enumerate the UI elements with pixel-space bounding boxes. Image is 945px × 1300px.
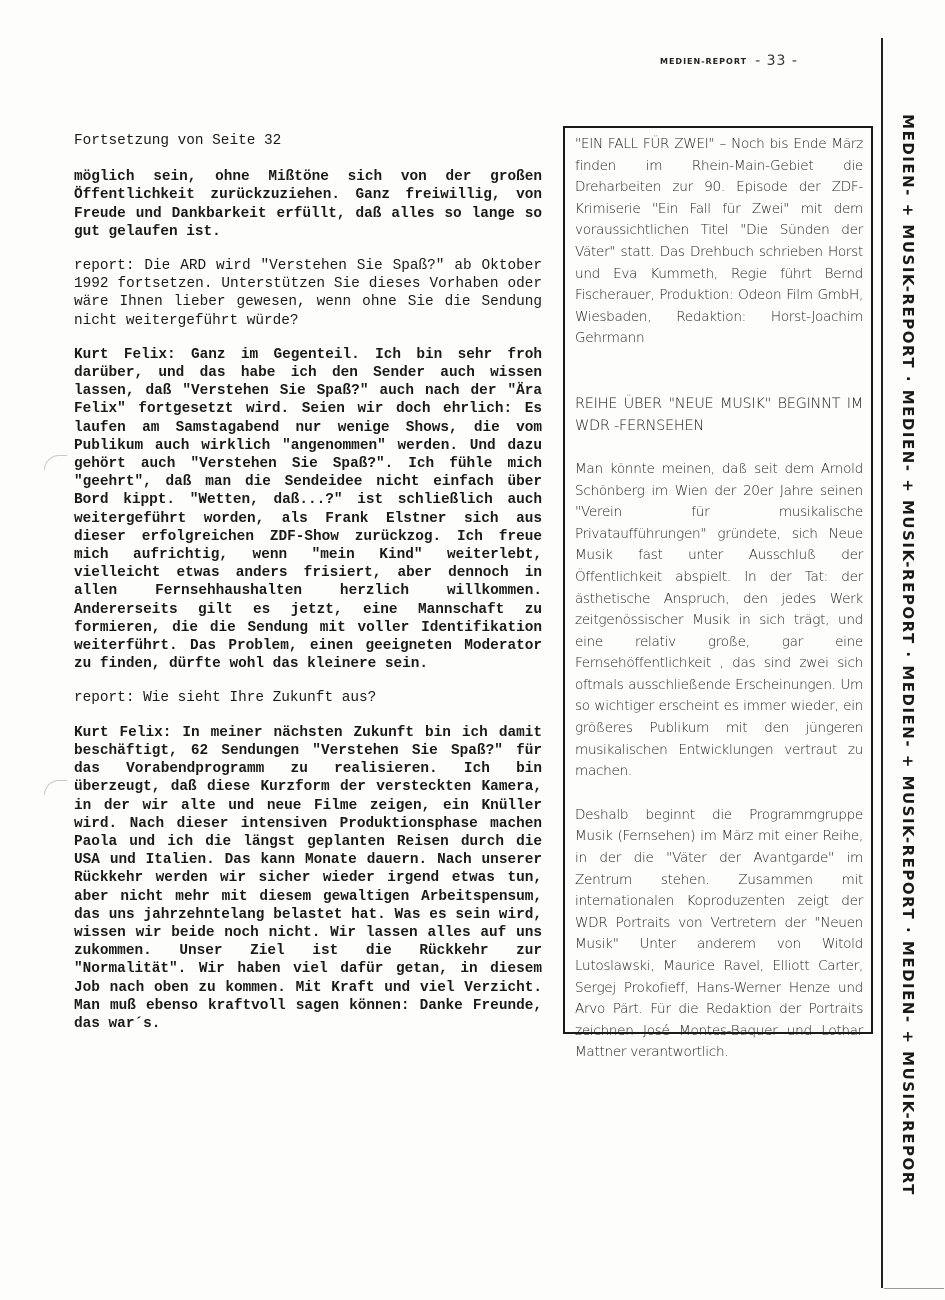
continuation-note: Fortsetzung von Seite 32 [74, 132, 542, 150]
news-item-body: – Noch bis Ende März finden im Rhein-Mai… [575, 136, 863, 346]
interview-answer: Kurt Felix: In meiner nächsten Zukunft b… [74, 724, 542, 1033]
interview-question: report: Wie sieht Ihre Zukunft aus? [74, 689, 542, 707]
interview-answer: Kurt Felix: Ganz im Gegenteil. Ich bin s… [74, 346, 542, 674]
spacer [575, 437, 863, 459]
spine-banner: MEDIEN- + MUSIK-REPORT · MEDIEN- + MUSIK… [888, 30, 928, 1280]
spacer [575, 350, 863, 393]
interview-answer: möglich sein, ohne Mißtöne sich von der … [74, 168, 542, 241]
news-item-paragraph: Man könnte meinen, daß seit dem Arnold S… [575, 459, 863, 783]
spine-text: MEDIEN- + MUSIK-REPORT · MEDIEN- + MUSIK… [899, 114, 917, 1196]
spacer [575, 783, 863, 805]
news-item-title: "Ein Fall für Zwei" [575, 136, 714, 152]
page-number: - 33 - [755, 53, 798, 69]
bottom-divider [884, 1288, 944, 1289]
interview-question: report: Die ARD wird "Verstehen Sie Spaß… [74, 257, 542, 330]
page-header: MEDIEN-REPORT - 33 - [660, 50, 860, 72]
news-item-fall-fuer-zwei: "Ein Fall für Zwei" – Noch bis Ende März… [575, 134, 863, 350]
news-item-paragraph: Deshalb beginnt die Programmgruppe Musik… [575, 805, 863, 1064]
news-sidebar-box: "Ein Fall für Zwei" – Noch bis Ende März… [563, 126, 873, 1034]
punch-hole-mark [44, 455, 67, 470]
punch-hole-mark [44, 780, 67, 795]
news-item-heading: Reihe über "Neue Musik" beginnt im WDR -… [575, 393, 863, 437]
interview-column: Fortsetzung von Seite 32 möglich sein, o… [74, 132, 542, 1049]
publication-name: MEDIEN-REPORT [660, 57, 747, 66]
vertical-divider [881, 38, 883, 1288]
